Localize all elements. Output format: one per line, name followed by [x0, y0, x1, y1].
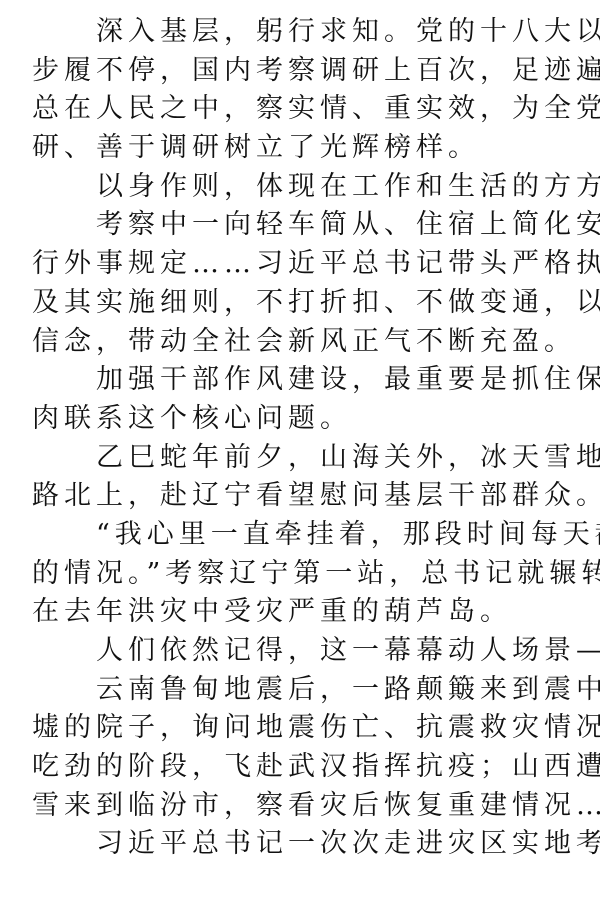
paragraph-eight-point-rules: 考察中一向轻车简从、住宿上简化安排、出访时严格执 行外事规定……习近平总书记带头… [32, 206, 580, 361]
text-line: 总在人民之中，察实情、重实效，为全党重视调研、深入调 [32, 90, 580, 129]
text-line: 的情况。”考察辽宁第一站，总书记就辗转火车、汽车，来到 [32, 555, 580, 594]
text-line: 行外事规定……习近平总书记带头严格执行中央八项规定 [32, 245, 580, 284]
text-line: 习近平总书记一次次走进灾区实地考察，关心人民群众 [32, 825, 580, 864]
paragraph-liaoning-visit: 乙巳蛇年前夕，山海关外，冰天雪地。习近平总书记一 路北上，赴辽宁看望慰问基层干部… [32, 439, 580, 516]
paragraph-disaster-scenes: 云南鲁甸地震后，一路颠簸来到震中峡谷，走进满是废 墟的院子，询问地震伤亡、抗震救… [32, 671, 580, 826]
text-line: 人们依然记得，这一幕幕动人场景—— [32, 632, 580, 671]
text-line: 在去年洪灾中受灾严重的葫芦岛。 [32, 593, 580, 632]
text-line: 及其实施细则，不打折扣、不做变通，以实际行动彰显坚定 [32, 284, 580, 323]
text-line: 路北上，赴辽宁看望慰问基层干部群众。 [32, 477, 580, 516]
text-line: 云南鲁甸地震后，一路颠簸来到震中峡谷，走进满是废 [32, 671, 580, 710]
text-line: 研、善于调研树立了光辉榜样。 [32, 129, 580, 168]
text-line: 肉联系这个核心问题。 [32, 400, 580, 439]
article-body: 深入基层，躬行求知。党的十八大以来，习近平总书记 步履不停，国内考察调研上百次，… [32, 13, 580, 864]
text-line: 考察中一向轻车简从、住宿上简化安排、出访时严格执 [32, 206, 580, 245]
text-line: 加强干部作风建设，最重要是抓住保持同人民群众的血 [32, 361, 580, 400]
text-line: 深入基层，躬行求知。党的十八大以来，习近平总书记 [32, 13, 580, 52]
paragraph-research: 深入基层，躬行求知。党的十八大以来，习近平总书记 步履不停，国内考察调研上百次，… [32, 13, 580, 168]
paragraph-remember: 人们依然记得，这一幕幕动人场景—— [32, 632, 580, 671]
paragraph-quote-huludao: “我心里一直牵挂着，那段时间每天都在了解你们这里 的情况。”考察辽宁第一站，总书… [32, 516, 580, 632]
text-line: 信念，带动全社会新风正气不断充盈。 [32, 323, 580, 362]
text-line: 以身作则，体现在工作和生活的方方面面。 [32, 168, 580, 207]
paragraph-lead-by-example: 以身作则，体现在工作和生活的方方面面。 [32, 168, 580, 207]
text-line: 步履不停，国内考察调研上百次，足迹遍布大江南北，身影 [32, 52, 580, 91]
text-line: “我心里一直牵挂着，那段时间每天都在了解你们这里 [32, 516, 580, 555]
text-line: 吃劲的阶段，飞赴武汉指挥抗疫；山西遭遇罕见秋汛后，冒 [32, 748, 580, 787]
text-line: 雪来到临汾市，察看灾后恢复重建情况…… [32, 787, 580, 826]
text-line: 乙巳蛇年前夕，山海关外，冰天雪地。习近平总书记一 [32, 439, 580, 478]
text-line: 墟的院子，询问地震伤亡、抗震救灾情况；新冠疫情防控最 [32, 709, 580, 748]
paragraph-cadre-conduct: 加强干部作风建设，最重要是抓住保持同人民群众的血 肉联系这个核心问题。 [32, 361, 580, 438]
paragraph-disaster-visits: 习近平总书记一次次走进灾区实地考察，关心人民群众 [32, 825, 580, 864]
